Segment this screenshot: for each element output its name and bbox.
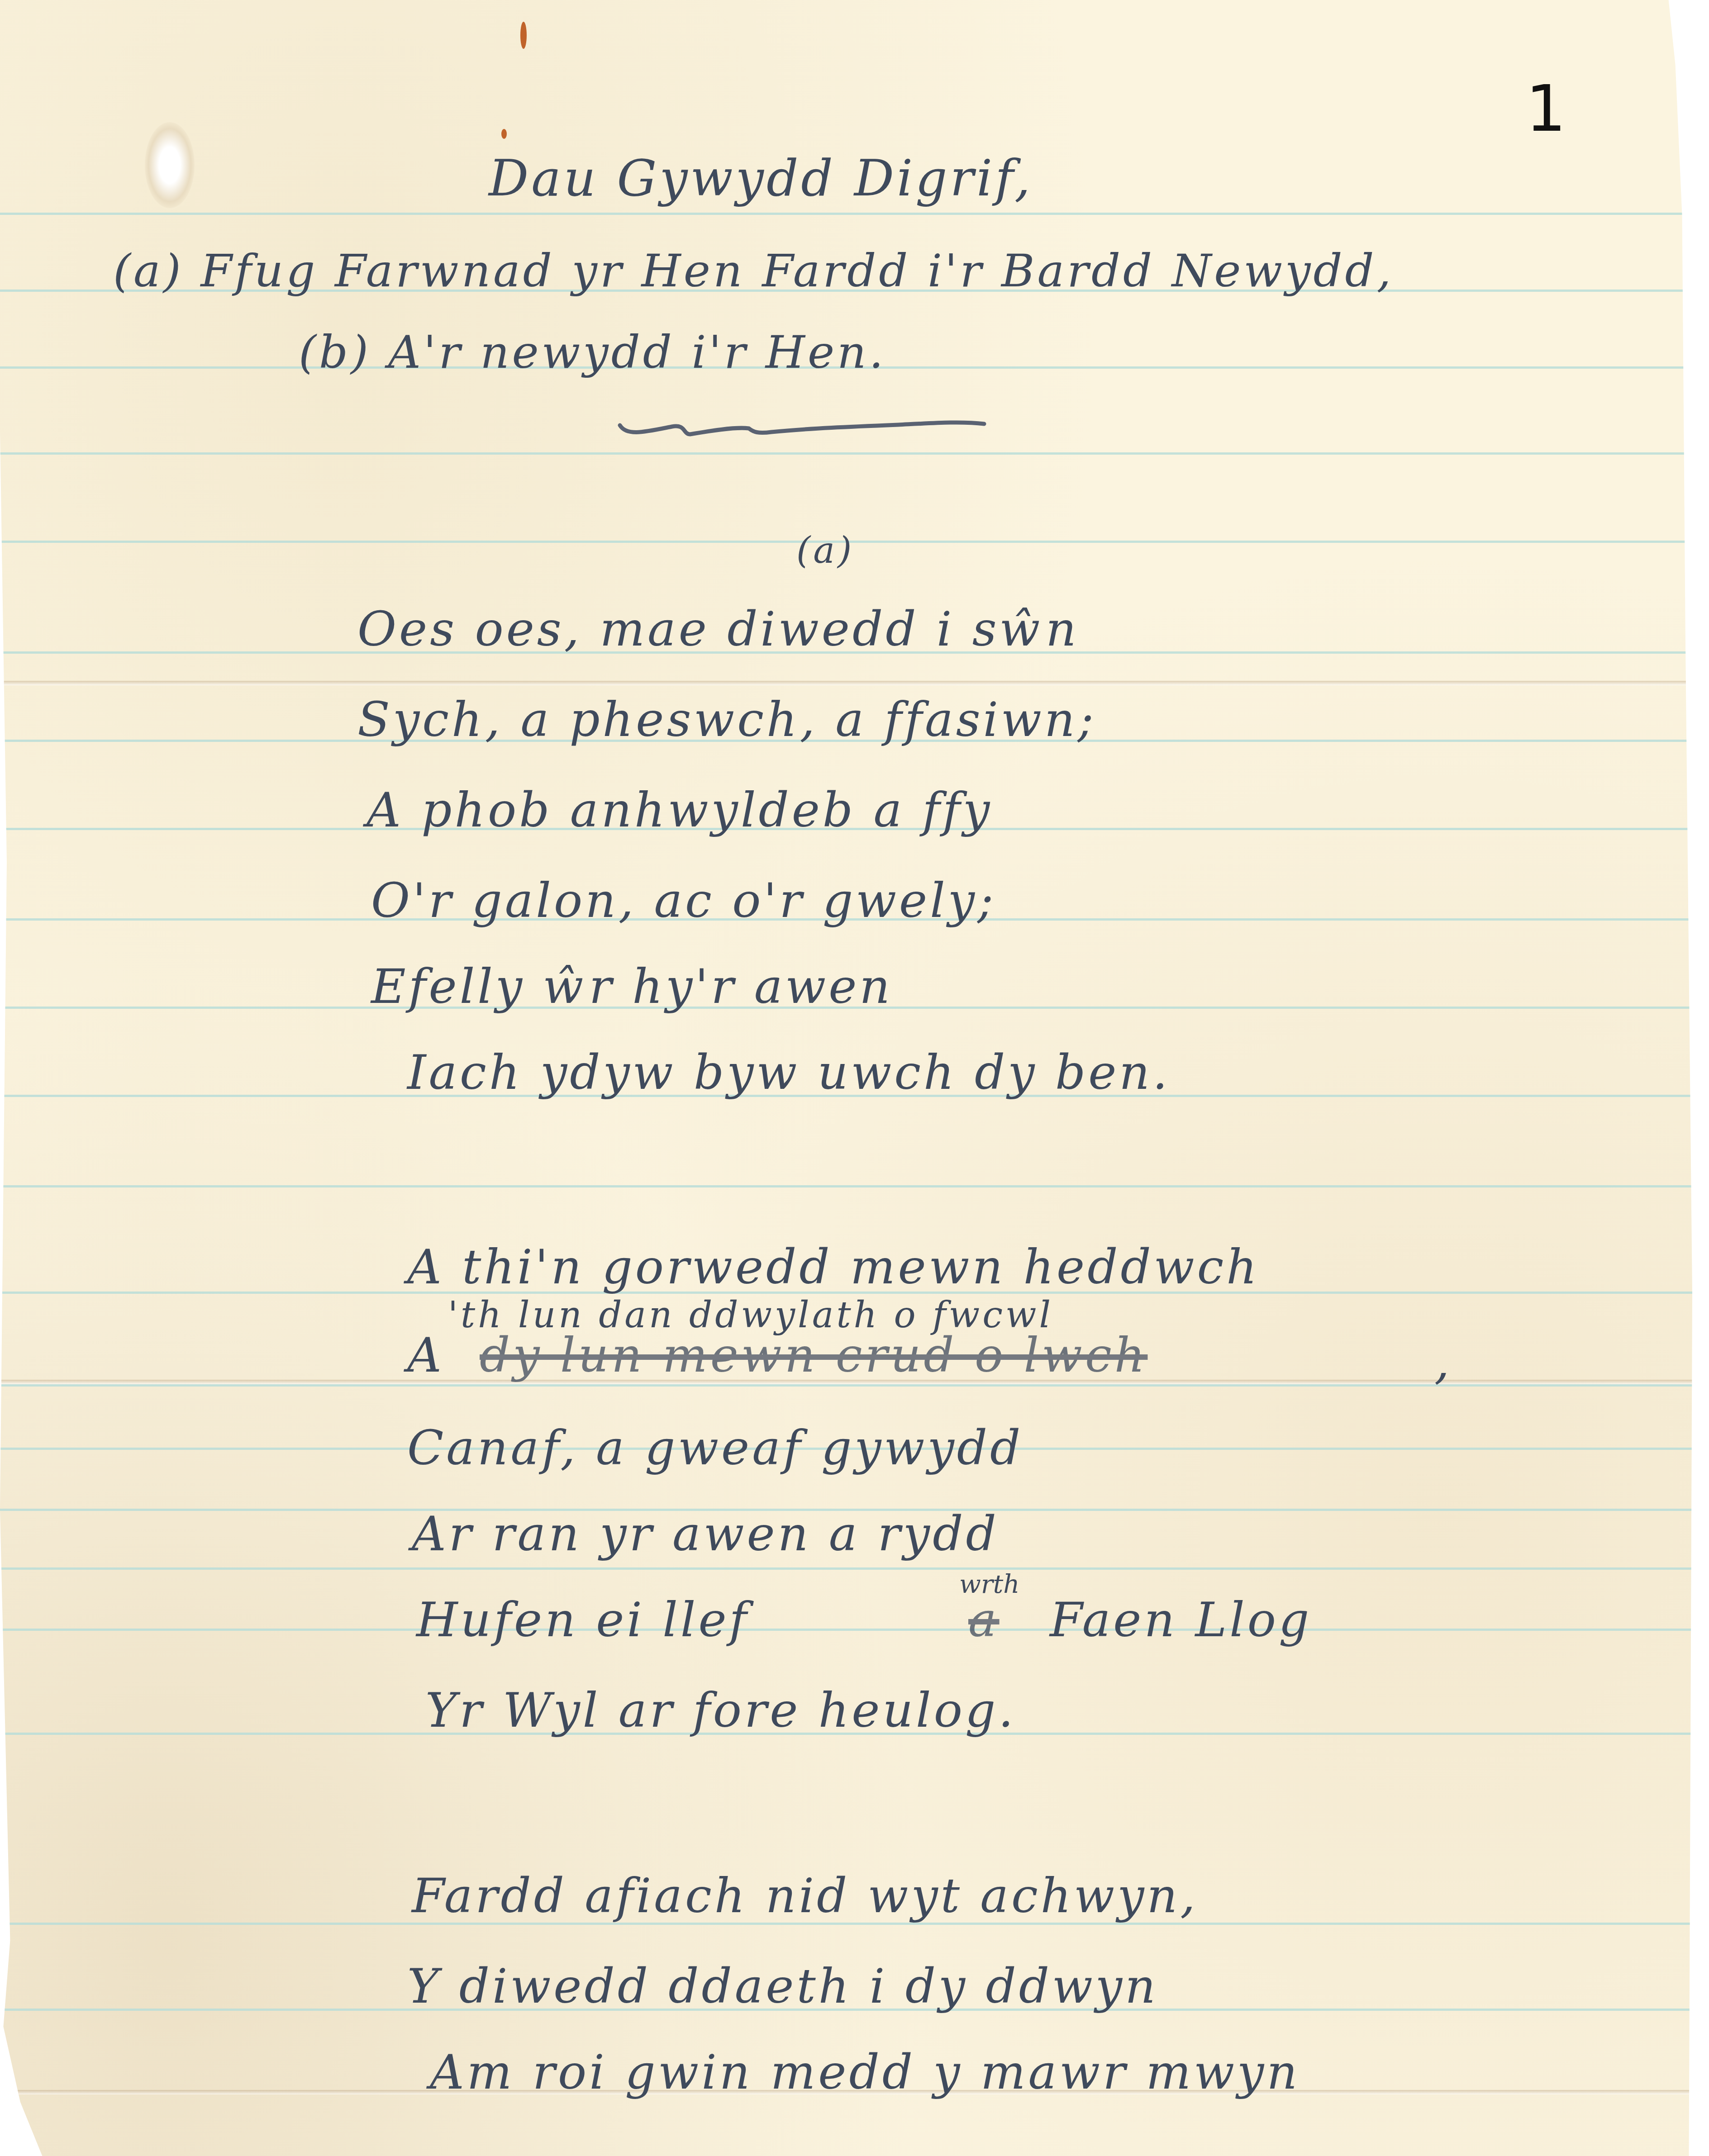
verse-line: Sych, a pheswch, a ffasiwn; (357, 692, 1096, 747)
subtitle-a: (a) Ffug Farwnad yr Hen Fardd i'r Bardd … (113, 244, 1394, 297)
verse-line: Oes oes, mae diwedd i sŵn (357, 602, 1079, 657)
ruled-line (0, 1629, 1692, 1631)
ruled-line (0, 213, 1692, 215)
manuscript-page: 1 Dau Gywydd Digrif, (a) Ffug Farwnad yr… (0, 0, 1692, 2156)
verse-line: Ar ran yr awen a rydd (412, 1506, 999, 1562)
verse-line: A phob anhwyldeb a ffy (367, 783, 992, 838)
verse-line: Y diwedd ddaeth i dy ddwyn (407, 1959, 1158, 2014)
verse-line-suffix: , (1434, 1334, 1452, 1390)
punch-hole-mark (145, 122, 195, 208)
verse-line: Yr Wyl ar fore heulog. (425, 1683, 1016, 1738)
rust-stain (501, 129, 507, 139)
verse-line: Canaf, a gweaf gywydd (407, 1420, 1023, 1476)
fold-crease (0, 681, 1692, 685)
ruled-line (0, 1185, 1692, 1187)
page-number: 1 (1526, 72, 1569, 146)
verse-line-prefix: A (407, 1328, 444, 1383)
verse-line: Faen Llog (1050, 1592, 1312, 1648)
verse-line: O'r galon, ac o'r gwely; (371, 873, 996, 928)
subtitle-b: (b) A'r newydd i'r Hen. (299, 326, 886, 379)
ruled-line (0, 452, 1692, 455)
verse-line: Am roi gwin medd y mawr mwyn (430, 2045, 1300, 2100)
page-title: Dau Gywydd Digrif, (489, 149, 1033, 207)
struck-text: dy lun mewn crud o lwch (480, 1328, 1147, 1383)
ruled-line (0, 1567, 1692, 1570)
verse-line: Iach ydyw byw uwch dy ben. (407, 1045, 1170, 1100)
verse-line: Hufen ei llef (416, 1592, 749, 1648)
rust-stain (520, 22, 527, 49)
verse-line: A thi'n gorwedd mewn heddwch (407, 1239, 1260, 1295)
struck-text: a (968, 1592, 1000, 1648)
verse-line: Fardd afiach nid wyt achwyn, (412, 1868, 1198, 1923)
decorative-wavy-rule (618, 418, 991, 446)
section-label: (a) (796, 529, 854, 571)
verse-line: Efelly ŵr hy'r awen (371, 959, 893, 1014)
